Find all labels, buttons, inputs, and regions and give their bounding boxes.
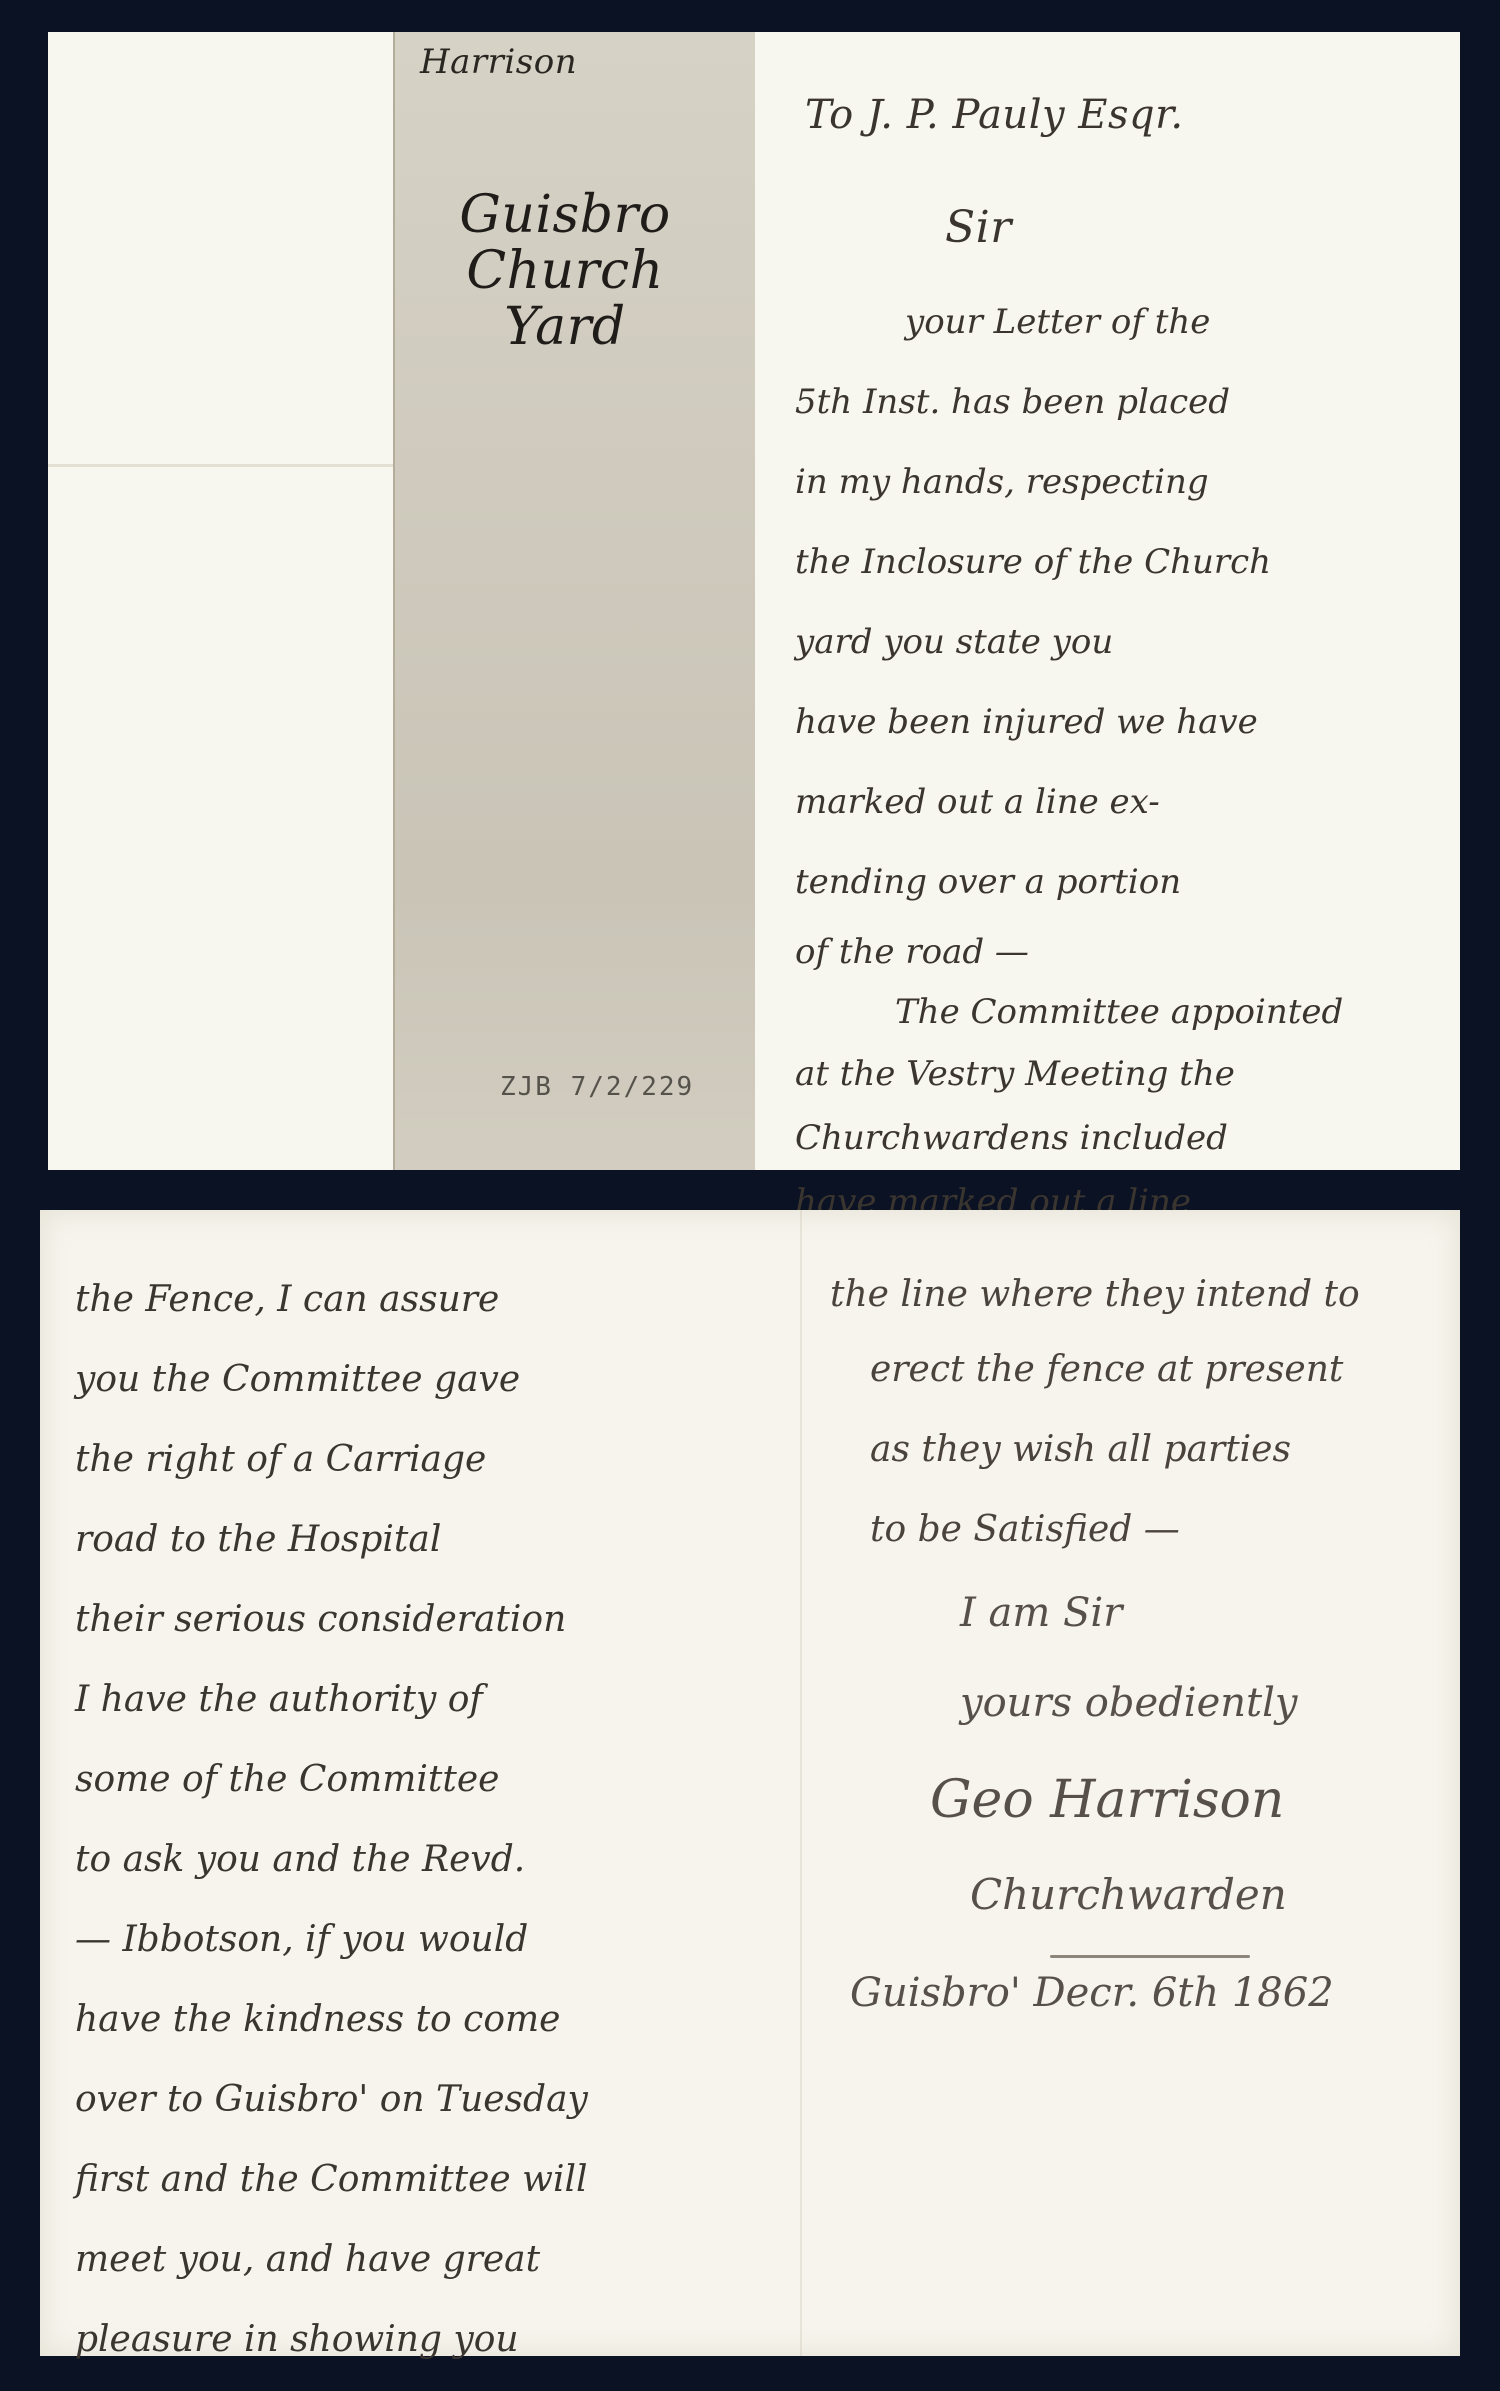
archive-reference: ZJB 7/2/229 (500, 1072, 694, 1102)
letter-line: 5th Inst. has been placed (795, 362, 1440, 442)
letter-line: in my hands, respecting (795, 442, 1440, 522)
letter-page-1: To J. P. Pauly Esqr. Sir your Letter of … (755, 32, 1460, 1170)
letter-line: the line where they intend to (830, 1260, 1360, 1330)
docket-title-line: Yard (405, 299, 725, 355)
letter-line: you the Committee gave (75, 1340, 588, 1420)
letter-line: first and the Committee will (75, 2140, 588, 2220)
blank-back-panel (48, 32, 393, 1170)
signature-underline (1050, 1955, 1250, 1958)
letter-line: pleasure in showing you (75, 2300, 588, 2380)
closing-line: I am Sir (960, 1590, 1122, 1636)
letter-line: of the road — (795, 922, 1440, 982)
docket-title-line: Guisbro (405, 187, 725, 243)
letter-line: the Fence, I can assure (75, 1260, 588, 1340)
letter-body: your Letter of the 5th Inst. has been pl… (795, 282, 1440, 1298)
letter-page-3: the line where they intend to erect the … (810, 1210, 1460, 2356)
letter-line: over to Guisbro' on Tuesday (75, 2060, 588, 2140)
fold-crease (48, 464, 393, 467)
docket-panel: Harrison Guisbro Church Yard ZJB 7/2/229 (393, 32, 757, 1170)
addressee: To J. P. Pauly Esqr. (805, 92, 1184, 138)
place-and-date: Guisbro' Decr. 6th 1862 (850, 1970, 1334, 2016)
docket-title: Guisbro Church Yard (405, 187, 725, 355)
letter-line: the right of a Carriage (75, 1420, 588, 1500)
bottom-sheet: the Fence, I can assure you the Committe… (40, 1210, 1460, 2356)
letter-line: erect the fence at present (830, 1330, 1360, 1410)
letter-body: the Fence, I can assure you the Committe… (75, 1260, 588, 2380)
letter-line: at the Vestry Meeting the (795, 1042, 1440, 1106)
letter-line: The Committee appointed (795, 982, 1440, 1042)
letter-body: the line where they intend to erect the … (830, 1260, 1360, 1570)
letter-line: have been injured we have (795, 682, 1440, 762)
letter-line: I have the authority of (75, 1660, 588, 1740)
letter-line: have the kindness to come (75, 1980, 588, 2060)
letter-line: your Letter of the (795, 282, 1440, 362)
signature: Geo Harrison (930, 1770, 1284, 1830)
closing-line: yours obediently (960, 1680, 1297, 1726)
letter-line: to ask you and the Revd. (75, 1820, 588, 1900)
letter-line: meet you, and have great (75, 2220, 588, 2300)
letter-line: as they wish all parties (830, 1410, 1360, 1490)
letter-line: some of the Committee (75, 1740, 588, 1820)
signer-title: Churchwarden (970, 1870, 1287, 1919)
letter-line: road to the Hospital (75, 1500, 588, 1580)
letter-line: their serious consideration (75, 1580, 588, 1660)
letter-line: Churchwardens included (795, 1106, 1440, 1170)
salutation: Sir (945, 202, 1012, 253)
docket-name: Harrison (420, 42, 577, 82)
top-sheet: Harrison Guisbro Church Yard ZJB 7/2/229… (48, 32, 1460, 1170)
letter-line: the Inclosure of the Church (795, 522, 1440, 602)
letter-line: to be Satisfied — (830, 1490, 1360, 1570)
letter-line: tending over a portion (795, 842, 1440, 922)
letter-line: yard you state you (795, 602, 1440, 682)
letter-page-2: the Fence, I can assure you the Committe… (60, 1210, 820, 2356)
letter-line: — Ibbotson, if you would (75, 1900, 588, 1980)
letter-line: marked out a line ex- (795, 762, 1440, 842)
docket-title-line: Church (405, 243, 725, 299)
